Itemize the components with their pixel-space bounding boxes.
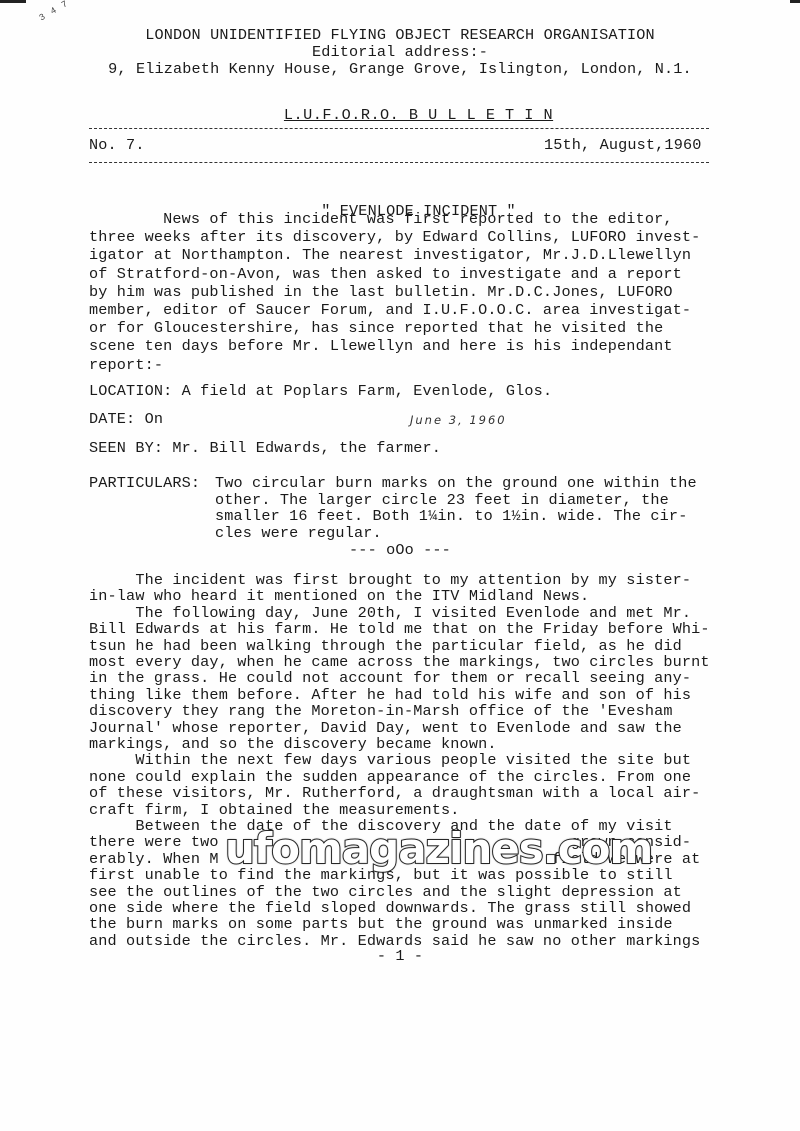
- scan-edge-mark-right: [790, 0, 800, 3]
- report-line: the burn marks on some parts but the gro…: [89, 916, 673, 933]
- document-page: 3 4 7 LONDON UNIDENTIFIED FLYING OBJECT …: [0, 0, 800, 1131]
- report-line: discovery they rang the Moreton-in-Marsh…: [89, 703, 673, 720]
- date-handwritten: June 3, 1960: [410, 412, 507, 429]
- watermark: ufomagazines.com: [225, 826, 652, 872]
- intro-line: igator at Northampton. The nearest inves…: [89, 247, 691, 264]
- intro-line: by him was published in the last bulleti…: [89, 284, 673, 301]
- report-line: Bill Edwards at his farm. He told me tha…: [89, 621, 710, 638]
- separator-top: [89, 128, 709, 129]
- particulars-line: smaller 16 feet. Both 1¼in. to 1½in. wid…: [215, 508, 687, 525]
- date-label: DATE:: [89, 410, 135, 428]
- section-divider: --- oOo ---: [0, 542, 800, 559]
- scan-edge-mark: [0, 0, 26, 3]
- date-field: DATE: On: [89, 411, 163, 428]
- intro-line: member, editor of Saucer Forum, and I.U.…: [89, 302, 691, 319]
- bulletin-title: L.U.F.O.R.O. B U L L E T I N: [0, 90, 800, 141]
- handwritten-corner-note: 3 4 7: [38, 0, 71, 23]
- editorial-label: Editorial address:-: [0, 44, 800, 61]
- seen-by-label: SEEN BY:: [89, 439, 163, 457]
- issue-date: 15th, August,1960: [544, 137, 702, 154]
- location-value: A field at Poplars Farm, Evenlode, Glos.: [182, 382, 553, 400]
- particulars-line: cles were regular.: [215, 525, 382, 542]
- location-field: LOCATION: A field at Poplars Farm, Evenl…: [89, 383, 552, 400]
- intro-line: of Stratford-on-Avon, was then asked to …: [89, 266, 682, 283]
- intro-line: or for Gloucestershire, has since report…: [89, 320, 663, 337]
- separator-bottom: [89, 162, 709, 163]
- date-value: On: [145, 410, 164, 428]
- intro-line: three weeks after its discovery, by Edwa…: [89, 229, 700, 246]
- seen-by-field: SEEN BY: Mr. Bill Edwards, the farmer.: [89, 440, 441, 457]
- particulars-line: Two circular burn marks on the ground on…: [215, 475, 697, 492]
- intro-line: News of this incident was first reported…: [89, 211, 673, 228]
- report-line: of these visitors, Mr. Rutherford, a dra…: [89, 785, 700, 802]
- intro-line: report:-: [89, 357, 163, 374]
- report-line: in-law who heard it mentioned on the ITV…: [89, 588, 589, 605]
- organisation-name: LONDON UNIDENTIFIED FLYING OBJECT RESEAR…: [0, 27, 800, 44]
- particulars-label: PARTICULARS:: [89, 475, 200, 492]
- editorial-address: 9, Elizabeth Kenny House, Grange Grove, …: [0, 61, 800, 78]
- particulars-line: other. The larger circle 23 feet in diam…: [215, 492, 669, 509]
- report-line: in the grass. He could not account for t…: [89, 670, 691, 687]
- report-line: Within the next few days various people …: [89, 752, 691, 769]
- seen-by-value: Mr. Bill Edwards, the farmer.: [172, 439, 441, 457]
- issue-number: No. 7.: [89, 137, 145, 154]
- bulletin-title-text: L.U.F.O.R.O. B U L L E T I N: [284, 106, 553, 124]
- intro-line: scene ten days before Mr. Llewellyn and …: [89, 338, 673, 355]
- location-label: LOCATION:: [89, 382, 172, 400]
- page-number: - 1 -: [0, 948, 800, 965]
